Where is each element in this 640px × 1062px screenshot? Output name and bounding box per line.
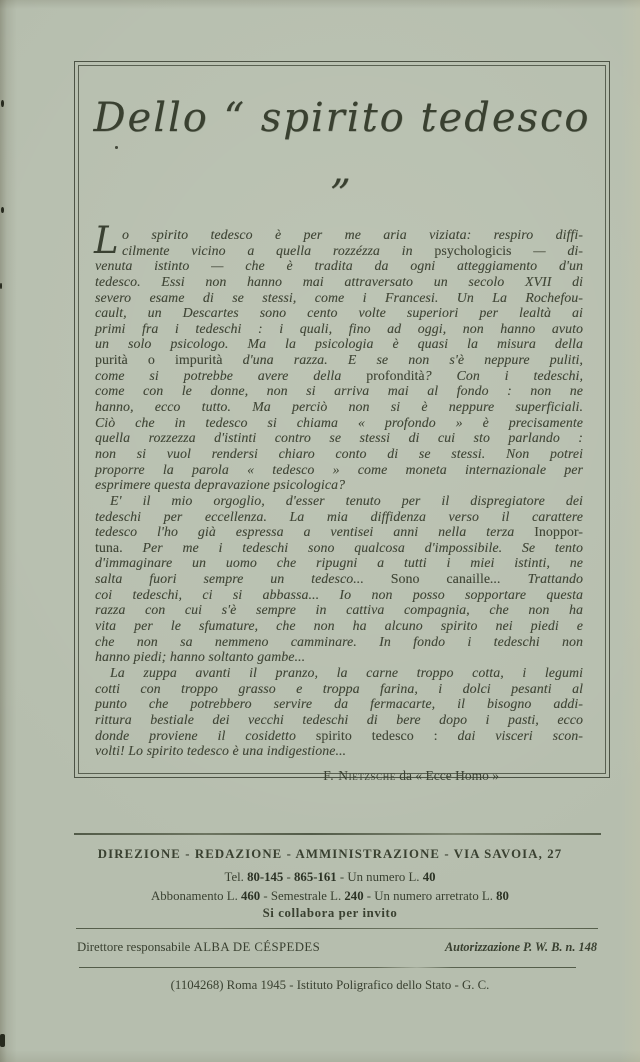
quote-line: cault, un Descartes sono cento volte sup… [95, 305, 583, 321]
quote-line: cilmente vicino a quella rozzézza in psy… [95, 243, 583, 259]
quote-line: un solo psicologo. Ma la psicologia è qu… [95, 336, 583, 352]
footer-number: 80 [496, 889, 509, 903]
paragraph-2: E' il mio orgoglio, d'esser tenuto per i… [95, 493, 583, 665]
director-row: Direttore responsabile ALBA DE CÉSPEDES … [77, 940, 597, 955]
quote-line: La zuppa avanti il pranzo, la carne trop… [95, 665, 583, 681]
director-credit: Direttore responsabile ALBA DE CÉSPEDES [77, 940, 320, 955]
footer-text: - [283, 870, 294, 884]
footer-text: - Un numero L. [337, 870, 423, 884]
footer-text: Tel. [225, 870, 248, 884]
quote-line: venuta istinto — che è tradita da ogni a… [95, 258, 583, 274]
quote-line: proporre la parola « tedesco » come mone… [95, 462, 583, 478]
footer-text: - Semestrale L. [260, 889, 344, 903]
paragraph-1: o spirito tedesco è per me aria viziata:… [95, 227, 583, 493]
footer-number: 460 [241, 889, 260, 903]
divider-rule-top [74, 833, 601, 835]
quote-line: quella rozzezza d'istinti contro se stes… [95, 430, 583, 446]
quote-line: tedesco. Essi non hanno mai attraversato… [95, 274, 583, 290]
quote-line: E' il mio orgoglio, d'esser tenuto per i… [95, 493, 583, 509]
address-line: DIREZIONE - REDAZIONE - AMMINISTRAZIONE … [40, 847, 620, 862]
attribution: F. Nietzsche da « Ecce Homo » [95, 768, 583, 784]
quote-line: volti! Lo spirito tedesco è una indigest… [95, 743, 583, 759]
quote-line: punto che potrebbero servire da fermacar… [95, 696, 583, 712]
footer-number: 80-145 [247, 870, 283, 884]
director-label: Direttore responsabile [77, 940, 194, 954]
quote-line: tedesco l'ho già espressa a ventisei ann… [95, 524, 583, 540]
ink-speck [0, 283, 2, 289]
authorization-text: Autorizzazione P. W. B. n. 148 [445, 940, 597, 955]
quote-line: hanno, ecco tutto. Ma perciò non si è ne… [95, 399, 583, 415]
quote-line: cotti con troppo grasso e troppa farina,… [95, 681, 583, 697]
attribution-source: « Ecce Homo » [415, 768, 499, 783]
scanned-page: Dello “ spirito tedesco „ L o spirito te… [0, 0, 640, 1062]
quote-line: purità o impurità d'una razza. E se non … [95, 352, 583, 368]
divider-rule-middle [76, 928, 598, 929]
attribution-author: F. Nietzsche [323, 768, 396, 783]
quote-line: come con le donne, non si arriva mai al … [95, 383, 583, 399]
paragraph-3: La zuppa avanti il pranzo, la carne trop… [95, 665, 583, 759]
quote-line: d'immaginare un uomo che ripugni a tutti… [95, 555, 583, 571]
quote-line: non si vuol rendersi chiaro conto di se … [95, 446, 583, 462]
quote-body: L o spirito tedesco è per me aria viziat… [75, 227, 609, 784]
director-name: ALBA DE CÉSPEDES [194, 940, 321, 954]
ink-speck [1, 100, 4, 107]
drop-cap: L [94, 222, 119, 259]
quote-line: tuna. Per me i tedeschi sono qualcosa d'… [95, 540, 583, 556]
divider-rule-bottom [79, 967, 576, 968]
quote-line: rittura bestiale dei vecchi tedeschi di … [95, 712, 583, 728]
footer-number: 240 [344, 889, 363, 903]
printer-line: (1104268) Roma 1945 - Istituto Poligrafi… [40, 978, 620, 993]
ink-speck [1, 207, 4, 213]
ink-speck [0, 1034, 5, 1047]
quote-line: hanno piedi; hanno soltanto gambe... [95, 649, 583, 665]
quote-line: come si potrebbe avere della profondità?… [95, 368, 583, 384]
quote-line: coi tedeschi, ci si abbassa... Io non po… [95, 587, 583, 603]
telephone-line: Tel. 80-145 - 865-161 - Un numero L. 40 [40, 870, 620, 885]
quote-line: donde proviene il cosidetto spirito tede… [95, 728, 583, 744]
collaboration-line: Si collabora per invito [40, 906, 620, 921]
quote-line: tedeschi per eccellenza. La mia diffiden… [95, 509, 583, 525]
quote-line: esprimere questa depravazione psicologic… [95, 477, 583, 493]
quote-line: primi fra i tedeschi : i quali, fino ad … [95, 321, 583, 337]
footer-text: Abbonamento L. [151, 889, 241, 903]
quote-line: che non sa nemmeno camminare. In fondo i… [95, 634, 583, 650]
attribution-connector: da [396, 768, 416, 783]
quote-line: vita per le sfumature, che non ha alcuno… [95, 618, 583, 634]
quote-line: salta fuori sempre un tedesco... Sono ca… [95, 571, 583, 587]
footer-number: 865-161 [294, 870, 337, 884]
quote-line: Ciò che in tedesco si chiama « profondo … [95, 415, 583, 431]
quote-line: severo esame di se stessi, come i France… [95, 290, 583, 306]
footer-number: 40 [423, 870, 436, 884]
quote-frame: Dello “ spirito tedesco „ L o spirito te… [74, 61, 610, 778]
footer-text: - Un numero arretrato L. [364, 889, 497, 903]
quote-line: razza con cui s'è sempre in cattiva comp… [95, 602, 583, 618]
subscription-line: Abbonamento L. 460 - Semestrale L. 240 -… [40, 889, 620, 904]
quote-line: o spirito tedesco è per me aria viziata:… [95, 227, 583, 243]
